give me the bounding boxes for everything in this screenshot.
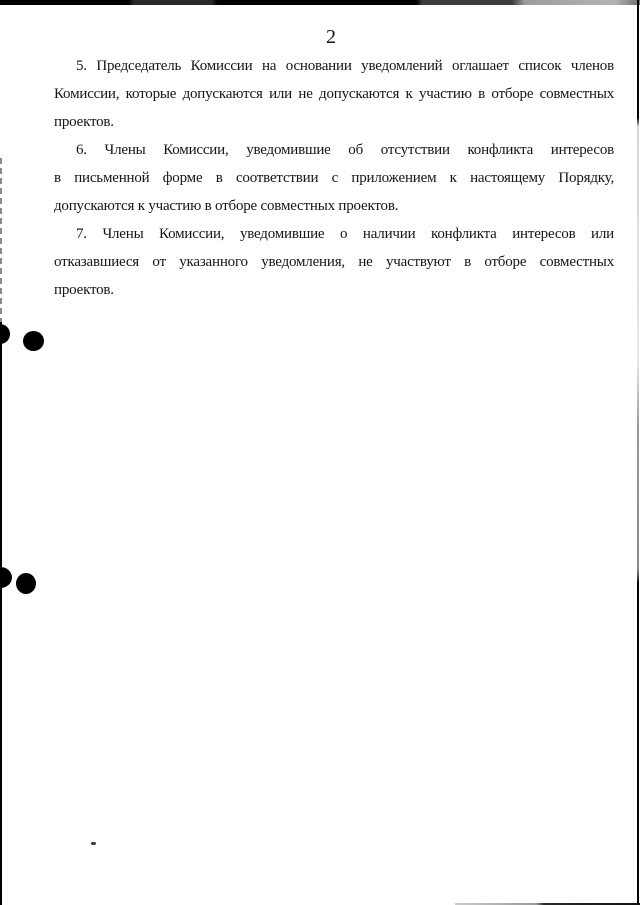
scan-top-edge-bar [0,0,640,5]
text-line: отказавшиеся от указанного уведомления, … [54,248,614,276]
text-line: допускаются к участию в отборе совместны… [54,192,614,220]
ink-blob-2 [16,573,36,594]
paragraph: 6. Члены Комиссии, уведомившие об отсутс… [54,136,614,220]
ink-blob-left-edge-2 [0,567,12,588]
text-line: 6. Члены Комиссии, уведомившие об отсутс… [54,136,614,164]
page-number: 2 [0,26,640,49]
text-line: 7. Члены Комиссии, уведомившие о наличии… [54,220,614,248]
ink-blob-1 [23,331,44,351]
document-body: 5. Председатель Комиссии на основании ув… [54,52,614,304]
text-line: в письменной форме в соответствии с прил… [54,164,614,192]
ink-blob-left-edge-1 [0,324,10,344]
scanned-document-page: 2 5. Председатель Комиссии на основании … [0,0,640,905]
scan-left-edge-line [0,322,2,905]
scan-left-edge-line-dashed [0,158,2,322]
text-line: 5. Председатель Комиссии на основании ув… [54,52,614,80]
paragraph: 5. Председатель Комиссии на основании ув… [54,52,614,136]
ink-speck [91,842,96,845]
text-line: проектов. [54,276,614,304]
paragraph: 7. Члены Комиссии, уведомившие о наличии… [54,220,614,304]
text-line: проектов. [54,108,614,136]
scan-right-edge-line [637,0,639,905]
text-line: Комиссии, которые допускаются или не доп… [54,80,614,108]
